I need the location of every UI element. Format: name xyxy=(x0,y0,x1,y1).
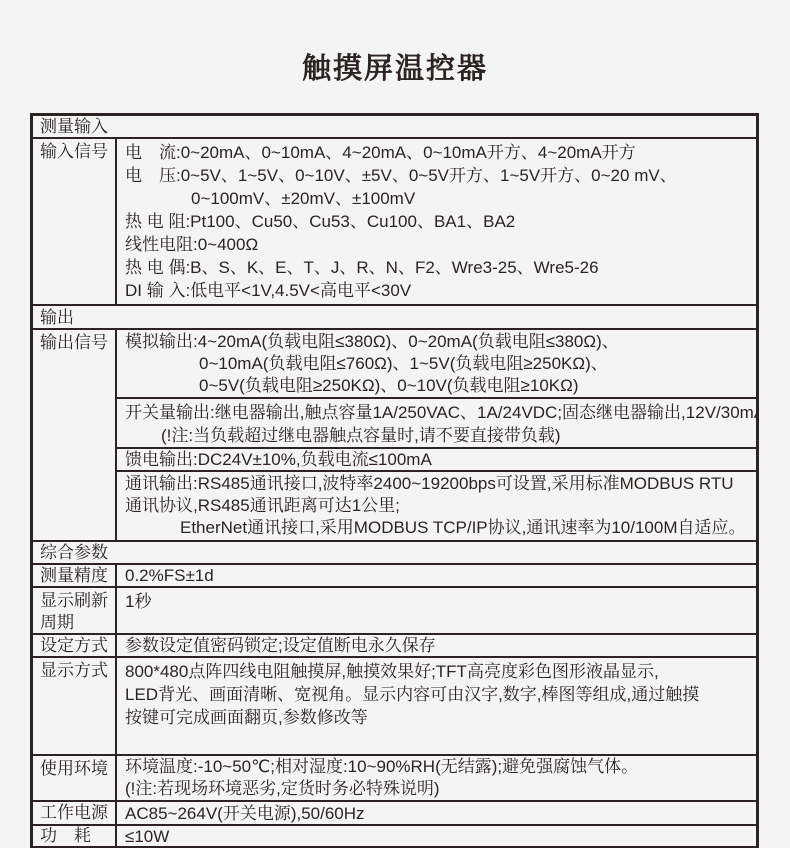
display-method-label: 显示方式 xyxy=(33,658,117,754)
input-signal-line-voltage: 电 压:0~5V、1~5V、0~10V、±5V、0~5V开方、1~5V开方、0~… xyxy=(125,164,756,187)
row-refresh-period: 显示刷新周期 1秒 xyxy=(33,586,756,633)
output-signal-value: 模拟输出:4~20mA(负载电阻≤380Ω)、0~20mA(负载电阻≤380Ω)… xyxy=(117,330,756,540)
section-header-general-params: 综合参数 xyxy=(33,540,756,563)
row-power-consumption: 功 耗 ≤10W xyxy=(33,824,756,846)
output-analog-line-1: 模拟输出:4~20mA(负载电阻≤380Ω)、0~20mA(负载电阻≤380Ω)… xyxy=(125,331,756,353)
setting-method-label: 设定方式 xyxy=(33,635,117,656)
row-display-method: 显示方式 800*480点阵四线电阻触摸屏,触摸效果好;TFT高亮度彩色图形液晶… xyxy=(33,656,756,754)
refresh-period-value: 1秒 xyxy=(117,588,756,633)
row-input-signal: 输入信号 电 流:0~20mA、0~10mA、4~20mA、0~10mA开方、4… xyxy=(33,137,756,304)
output-comm-line-3: EtherNet通讯接口,采用MODBUS TCP/IP协议,通讯速率为10/1… xyxy=(125,517,756,538)
input-signal-line-thermocouple: 热 电 偶:B、S、K、E、T、J、R、N、F2、Wre3-25、Wre5-26 xyxy=(125,256,756,279)
section-header-output-label: 输出 xyxy=(33,306,756,328)
refresh-period-label: 显示刷新周期 xyxy=(33,588,117,633)
row-accuracy: 测量精度 0.2%FS±1d xyxy=(33,563,756,586)
input-signal-line-di: DI 输 入:低电平<1V,4.5V<高电平<30V xyxy=(125,279,756,302)
output-analog-line-2: 0~10mA(负载电阻≤760Ω)、1~5V(负载电阻≥250KΩ)、 xyxy=(125,353,756,375)
row-setting-method: 设定方式 参数设定值密码锁定;设定值断电永久保存 xyxy=(33,633,756,656)
output-comm: 通讯输出:RS485通讯接口,波特率2400~19200bps可设置,采用标准M… xyxy=(117,470,756,538)
output-analog-line-3: 0~5V(负载电阻≥250KΩ)、0~10V(负载电阻≥10KΩ) xyxy=(125,375,756,397)
output-relay-note: (!注:当负载超过继电器触点容量时,请不要直接带负载) xyxy=(125,424,756,447)
power-consumption-value: ≤10W xyxy=(117,826,756,846)
input-signal-line-current: 电 流:0~20mA、0~10mA、4~20mA、0~10mA开方、4~20mA… xyxy=(125,141,756,164)
power-supply-label: 工作电源 xyxy=(33,802,117,824)
setting-method-value: 参数设定值密码锁定;设定值断电永久保存 xyxy=(117,635,756,656)
row-output-signal: 输出信号 模拟输出:4~20mA(负载电阻≤380Ω)、0~20mA(负载电阻≤… xyxy=(33,328,756,540)
power-consumption-label: 功 耗 xyxy=(33,826,117,846)
output-analog: 模拟输出:4~20mA(负载电阻≤380Ω)、0~20mA(负载电阻≤380Ω)… xyxy=(117,330,756,397)
display-method-line-3: 按键可完成画面翻页,参数修改等 xyxy=(125,706,756,729)
page-title: 触摸屏温控器 xyxy=(0,46,790,87)
input-signal-label: 输入信号 xyxy=(33,139,117,304)
output-feed: 馈电输出:DC24V±10%,负载电流≤100mA xyxy=(117,447,756,470)
accuracy-value: 0.2%FS±1d xyxy=(117,565,756,586)
spec-table: 测量输入 输入信号 电 流:0~20mA、0~10mA、4~20mA、0~10m… xyxy=(30,113,759,848)
section-header-measure-input-label: 测量输入 xyxy=(33,116,756,137)
section-header-output: 输出 xyxy=(33,304,756,328)
output-signal-label: 输出信号 xyxy=(33,330,117,540)
output-relay-line-1: 开关量输出:继电器输出,触点容量1A/250VAC、1A/24VDC;固态继电器… xyxy=(125,401,756,424)
output-comm-line-1: 通讯输出:RS485通讯接口,波特率2400~19200bps可设置,采用标准M… xyxy=(125,473,756,495)
input-signal-line-linear-resistance: 线性电阻:0~400Ω xyxy=(125,233,756,256)
accuracy-label: 测量精度 xyxy=(33,565,117,586)
input-signal-line-rtd: 热 电 阻:Pt100、Cu50、Cu53、Cu100、BA1、BA2 xyxy=(125,210,756,233)
section-header-measure-input: 测量输入 xyxy=(33,116,756,137)
row-power-supply: 工作电源 AC85~264V(开关电源),50/60Hz xyxy=(33,800,756,824)
environment-note: (!注:若现场环境恶劣,定货时务必特殊说明) xyxy=(125,778,756,800)
display-method-line-2: LED背光、画面清晰、宽视角。显示内容可由汉字,数字,棒图等组成,通过触摸 xyxy=(125,683,756,706)
environment-line-1: 环境温度:-10~50℃;相对湿度:10~90%RH(无结露);避免强腐蚀气体。 xyxy=(125,756,756,778)
display-method-line-1: 800*480点阵四线电阻触摸屏,触摸效果好;TFT高亮度彩色图形液晶显示, xyxy=(125,660,756,683)
output-relay: 开关量输出:继电器输出,触点容量1A/250VAC、1A/24VDC;固态继电器… xyxy=(117,397,756,447)
environment-value: 环境温度:-10~50℃;相对湿度:10~90%RH(无结露);避免强腐蚀气体。… xyxy=(117,756,756,800)
row-environment: 使用环境 环境温度:-10~50℃;相对湿度:10~90%RH(无结露);避免强… xyxy=(33,754,756,800)
input-signal-value: 电 流:0~20mA、0~10mA、4~20mA、0~10mA开方、4~20mA… xyxy=(117,139,756,304)
display-method-value: 800*480点阵四线电阻触摸屏,触摸效果好;TFT高亮度彩色图形液晶显示, L… xyxy=(117,658,756,754)
power-supply-value: AC85~264V(开关电源),50/60Hz xyxy=(117,802,756,824)
output-comm-line-2: 通讯协议,RS485通讯距离可达1公里; xyxy=(125,495,756,517)
output-feed-line: 馈电输出:DC24V±10%,负载电流≤100mA xyxy=(125,448,756,470)
environment-label: 使用环境 xyxy=(33,756,117,800)
section-header-general-params-label: 综合参数 xyxy=(33,542,756,563)
input-signal-line-voltage-cont: 0~100mV、±20mV、±100mV xyxy=(125,187,756,210)
